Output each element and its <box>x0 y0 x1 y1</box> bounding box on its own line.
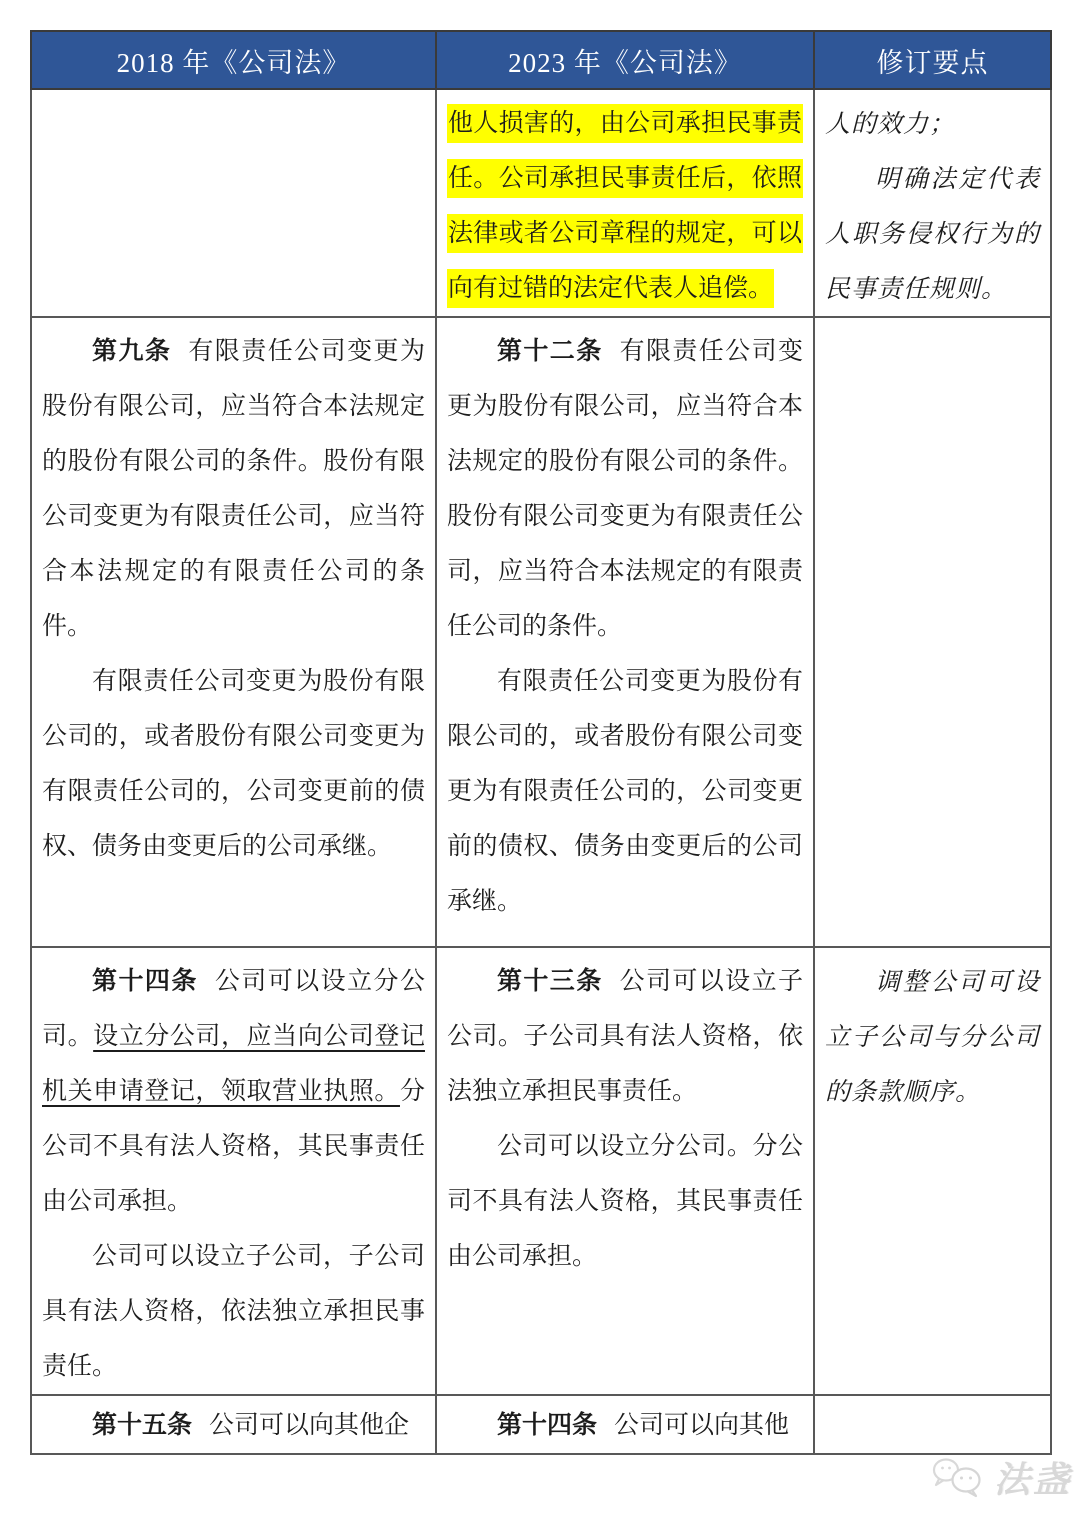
cell-2018-law: 第九条有限责任公司变更为股份有限公司，应当符合本法规定的股份有限公司的条件。股份… <box>31 317 436 947</box>
cell-2023-law: 他人损害的，由公司承担民事责任。公司承担民事责任后，依照法律或者公司章程的规定，… <box>436 89 814 317</box>
law-comparison-table: 2018 年《公司法》 2023 年《公司法》 修订要点 他人损害的，由公司承担… <box>30 30 1052 1455</box>
cell-2023-law: 第十二条有限责任公司变更为股份有限公司，应当符合本法规定的股份有限公司的条件。股… <box>436 317 814 947</box>
law-paragraph: 第十二条有限责任公司变更为股份有限公司，应当符合本法规定的股份有限公司的条件。股… <box>447 324 803 654</box>
article-number: 第十四条 <box>497 1412 597 1439</box>
highlighted-text: 他人损害的，由公司承担民事责任。公司承担民事责任后，依照法律或者公司章程的规定，… <box>447 104 803 308</box>
cell-2018-law: 第十四条公司可以设立分公司。设立分公司，应当向公司登记机关申请登记，领取营业执照… <box>31 947 436 1395</box>
revision-note-continuation: 人的效力； <box>825 96 1040 151</box>
header-cell-2018-law: 2018 年《公司法》 <box>31 31 436 89</box>
cell-2023-law: 第十四条公司可以向其他 <box>436 1395 814 1454</box>
article-text: 公司可以向其他企 <box>209 1412 409 1439</box>
table-row-legal-rep-liability: 他人损害的，由公司承担民事责任。公司承担民事责任后，依照法律或者公司章程的规定，… <box>31 89 1051 317</box>
law-paragraph: 第九条有限责任公司变更为股份有限公司，应当符合本法规定的股份有限公司的条件。股份… <box>42 324 425 654</box>
cell-2018-law-empty <box>31 89 436 317</box>
law-paragraph: 第十四条公司可以向其他 <box>447 1398 803 1453</box>
article-text: 有限责任公司变更为股份有限公司，应当符合本法规定的股份有限公司的条件。股份有限公… <box>42 338 425 640</box>
law-paragraph: 第十三条公司可以设立子公司。子公司具有法人资格，依法独立承担民事责任。 <box>447 954 803 1119</box>
header-cell-2023-law: 2023 年《公司法》 <box>436 31 814 89</box>
law-paragraph: 公司可以设立分公司。分公司不具有法人资格，其民事责任由公司承担。 <box>447 1119 803 1284</box>
law-paragraph: 公司可以设立子公司，子公司具有法人资格，依法独立承担民事责任。 <box>42 1229 425 1394</box>
law-paragraph: 有限责任公司变更为股份有限公司的，或者股份有限公司变更为有限责任公司的，公司变更… <box>447 654 803 929</box>
article-text: 有限责任公司变更为股份有限公司，应当符合本法规定的股份有限公司的条件。股份有限公… <box>447 338 803 640</box>
revision-note: 调整公司可设立子公司与分公司的条款顺序。 <box>825 954 1040 1119</box>
watermark-label: 法盏 <box>994 1452 1072 1503</box>
wechat-bubbles-icon <box>930 1456 988 1500</box>
table-row-investment-cutoff: 第十五条公司可以向其他企 第十四条公司可以向其他 <box>31 1395 1051 1454</box>
article-number: 第十二条 <box>497 338 603 365</box>
table-row-company-form-change: 第九条有限责任公司变更为股份有限公司，应当符合本法规定的股份有限公司的条件。股份… <box>31 317 1051 947</box>
watermark: 法盏 <box>930 1452 1072 1503</box>
article-number: 第十四条 <box>92 968 198 995</box>
article-number: 第九条 <box>92 338 171 365</box>
cell-2018-law: 第十五条公司可以向其他企 <box>31 1395 436 1454</box>
header-cell-revision-notes: 修订要点 <box>814 31 1051 89</box>
cell-revision-notes-empty <box>814 1395 1051 1454</box>
law-paragraph: 有限责任公司变更为股份有限公司的，或者股份有限公司变更为有限责任公司的，公司变更… <box>42 654 425 874</box>
cell-revision-notes: 调整公司可设立子公司与分公司的条款顺序。 <box>814 947 1051 1395</box>
underlined-text: 设立分公司，应当向公司登记机关申请登记，领取营业执照。 <box>42 1023 425 1105</box>
article-number: 第十三条 <box>497 968 603 995</box>
table-row-branch-subsidiary: 第十四条公司可以设立分公司。设立分公司，应当向公司登记机关申请登记，领取营业执照… <box>31 947 1051 1395</box>
cell-revision-notes-empty <box>814 317 1051 947</box>
cell-revision-notes: 人的效力； 明确法定代表人职务侵权行为的民事责任规则。 <box>814 89 1051 317</box>
revision-note: 明确法定代表人职务侵权行为的民事责任规则。 <box>825 151 1040 316</box>
document-page: 2018 年《公司法》 2023 年《公司法》 修订要点 他人损害的，由公司承担… <box>0 0 1080 1527</box>
cell-2023-law: 第十三条公司可以设立子公司。子公司具有法人资格，依法独立承担民事责任。 公司可以… <box>436 947 814 1395</box>
law-paragraph: 第十四条公司可以设立分公司。设立分公司，应当向公司登记机关申请登记，领取营业执照… <box>42 954 425 1229</box>
article-text: 公司可以向其他 <box>614 1412 789 1439</box>
law-paragraph: 第十五条公司可以向其他企 <box>42 1398 425 1453</box>
law-paragraph: 他人损害的，由公司承担民事责任。公司承担民事责任后，依照法律或者公司章程的规定，… <box>447 96 803 316</box>
article-number: 第十五条 <box>92 1412 192 1439</box>
table-header-row: 2018 年《公司法》 2023 年《公司法》 修订要点 <box>31 31 1051 89</box>
